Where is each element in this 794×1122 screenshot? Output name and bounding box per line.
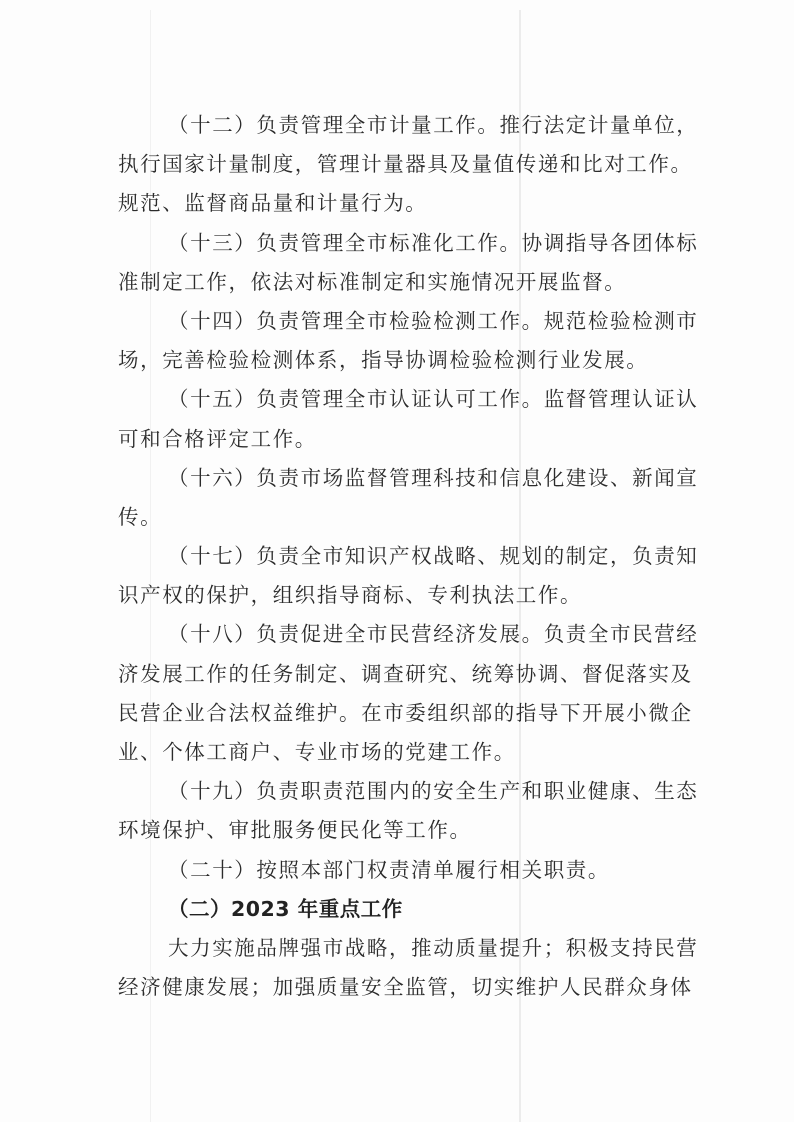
text-line: 准制定工作，依法对标准制定和实施情况开展监督。 [118,263,686,302]
paragraph-item-13: （十三）负责管理全市标准化工作。协调指导各团体标 准制定工作，依法对标准制定和实… [118,224,686,302]
text-line: （十七）负责全市知识产权战略、规划的制定，负责知 [118,537,686,576]
text-line: （十八）负责促进全市民营经济发展。负责全市民营经 [118,615,686,654]
paragraph-item-16: （十六）负责市场监督管理科技和信息化建设、新闻宣 传。 [118,459,686,537]
section-heading: （二）2023 年重点工作 [118,890,686,929]
text-line: 可和合格评定工作。 [118,420,686,459]
text-line: 环境保护、审批服务便民化等工作。 [118,811,686,850]
text-line: （十三）负责管理全市标准化工作。协调指导各团体标 [118,224,686,263]
paragraph-item-18: （十八）负责促进全市民营经济发展。负责全市民营经 济发展工作的任务制定、调查研究… [118,615,686,772]
text-line: 识产权的保护，组织指导商标、专利执法工作。 [118,576,686,615]
paragraph-item-15: （十五）负责管理全市认证认可工作。监督管理认证认 可和合格评定工作。 [118,380,686,458]
paragraph-key-work: 大力实施品牌强市战略，推动质量提升；积极支持民营 经济健康发展；加强质量安全监管… [118,929,686,1007]
paragraph-item-17: （十七）负责全市知识产权战略、规划的制定，负责知 识产权的保护，组织指导商标、专… [118,537,686,615]
text-line: （二十）按照本部门权责清单履行相关职责。 [118,851,686,890]
text-line: 业、个体工商户、专业市场的党建工作。 [118,733,686,772]
paragraph-item-12: （十二）负责管理全市计量工作。推行法定计量单位， 执行国家计量制度，管理计量器具… [118,106,686,224]
text-line: 规范、监督商品量和计量行为。 [118,184,686,223]
text-line: （十六）负责市场监督管理科技和信息化建设、新闻宣 [118,459,686,498]
text-line: 传。 [118,498,686,537]
text-line: （十五）负责管理全市认证认可工作。监督管理认证认 [118,380,686,419]
paragraph-item-19: （十九）负责职责范围内的安全生产和职业健康、生态 环境保护、审批服务便民化等工作… [118,772,686,850]
paragraph-item-14: （十四）负责管理全市检验检测工作。规范检验检测市 场，完善检验检测体系，指导协调… [118,302,686,380]
text-line: 执行国家计量制度，管理计量器具及量值传递和比对工作。 [118,145,686,184]
document-page: （十二）负责管理全市计量工作。推行法定计量单位， 执行国家计量制度，管理计量器具… [118,106,686,1007]
text-line: 大力实施品牌强市战略，推动质量提升；积极支持民营 [118,929,686,968]
text-line: 场，完善检验检测体系，指导协调检验检测行业发展。 [118,341,686,380]
text-line: （十九）负责职责范围内的安全生产和职业健康、生态 [118,772,686,811]
text-line: 经济健康发展；加强质量安全监管，切实维护人民群众身体 [118,968,686,1007]
paragraph-item-20: （二十）按照本部门权责清单履行相关职责。 [118,851,686,890]
text-line: 济发展工作的任务制定、调查研究、统筹协调、督促落实及 [118,655,686,694]
text-line: （十四）负责管理全市检验检测工作。规范检验检测市 [118,302,686,341]
text-line: （十二）负责管理全市计量工作。推行法定计量单位， [118,106,686,145]
text-line: 民营企业合法权益维护。在市委组织部的指导下开展小微企 [118,694,686,733]
